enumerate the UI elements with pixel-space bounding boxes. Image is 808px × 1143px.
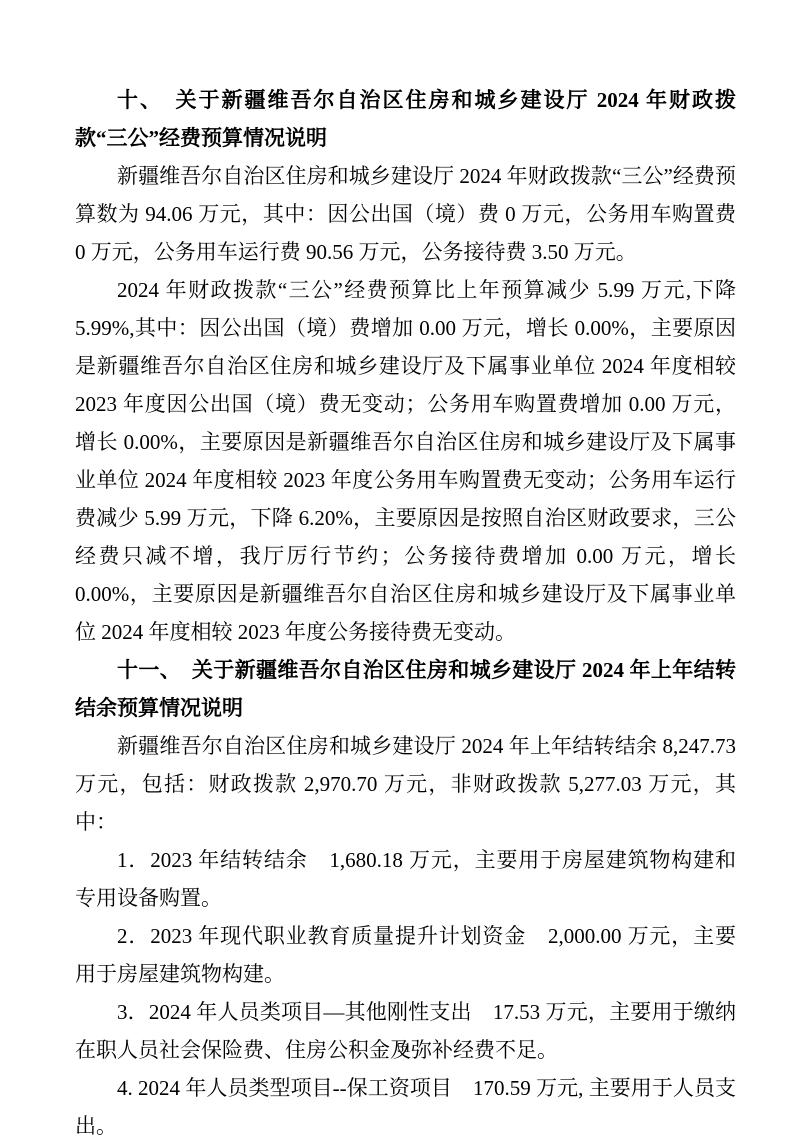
document-body: 十、 关于新疆维吾尔自治区住房和城乡建设厅 2024 年财政拨款“三公”经费预算… [75,81,736,1143]
section-10-paragraph-overview: 新疆维吾尔自治区住房和城乡建设厅 2024 年财政拨款“三公”经费预算数为 94… [75,157,736,271]
section-heading-11: 十一、 关于新疆维吾尔自治区住房和城乡建设厅 2024 年上年结转结余预算情况说… [75,651,736,727]
section-11-list-item-1: 1．2023 年结转结余 1,680.18 万元，主要用于房屋建筑物构建和专用设… [75,841,736,917]
section-11-list-item-2: 2．2023 年现代职业教育质量提升计划资金 2,000.00 万元，主要用于房… [75,917,736,993]
section-11-list-item-4: 4. 2024 年人员类型项目--保工资项目 170.59 万元, 主要用于人员… [75,1069,736,1143]
document-page: 十、 关于新疆维吾尔自治区住房和城乡建设厅 2024 年财政拨款“三公”经费预算… [0,0,808,1143]
section-heading-10: 十、 关于新疆维吾尔自治区住房和城乡建设厅 2024 年财政拨款“三公”经费预算… [75,81,736,157]
section-11-paragraph-overview: 新疆维吾尔自治区住房和城乡建设厅 2024 年上年结转结余 8,247.73 万… [75,727,736,841]
page-number: 51 [0,1040,808,1058]
section-10-paragraph-changes: 2024 年财政拨款“三公”经费预算比上年预算减少 5.99 万元,下降 5.9… [75,271,736,651]
